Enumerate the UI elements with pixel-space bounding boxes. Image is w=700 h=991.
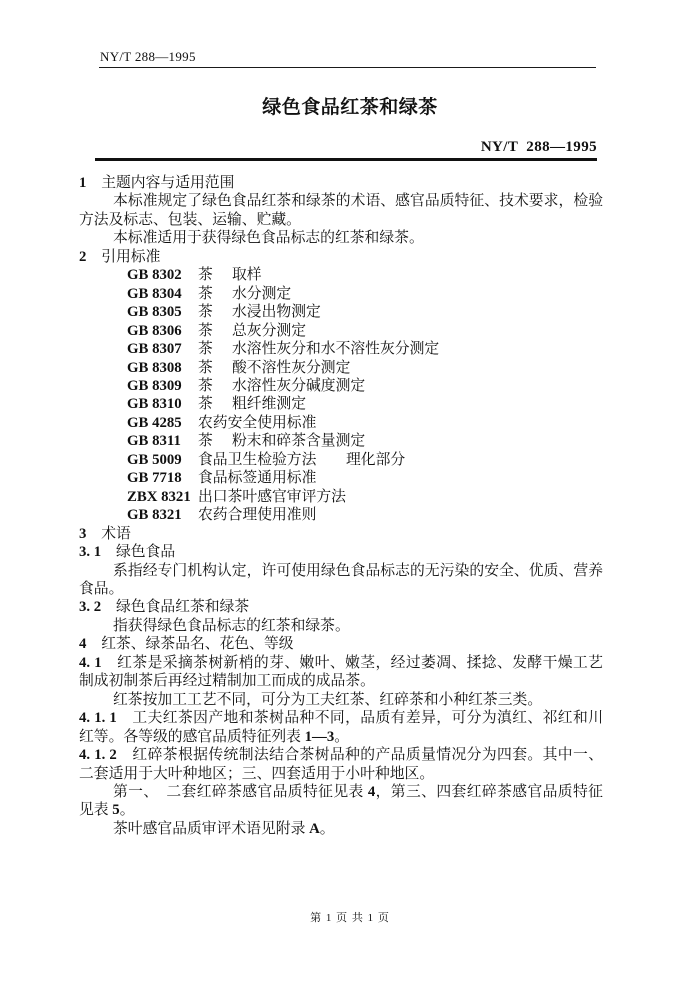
reference-title: 水分测定 bbox=[232, 286, 291, 302]
section-heading-3-1: 3. 1 绿色食品 bbox=[79, 543, 603, 561]
title-rule bbox=[95, 158, 597, 161]
reference-title: 粗纤维测定 bbox=[232, 396, 306, 412]
section-heading-3-2: 3. 2 绿色食品红茶和绿茶 bbox=[79, 598, 603, 616]
reference-row: GB 8321农药合理使用准则 bbox=[127, 506, 603, 524]
reference-subject: 茶 bbox=[198, 395, 232, 413]
paragraph-green-food-def: 系指经专门机构认定，许可使用绿色食品标志的无污染的安全、优质、营养食品。 bbox=[79, 562, 603, 599]
section-heading-2: 2 引用标准 bbox=[79, 248, 603, 266]
reference-subject: 茶 bbox=[198, 303, 232, 321]
reference-title: 水溶性灰分碱度测定 bbox=[232, 378, 365, 394]
standard-number: NY/T 288—1995 bbox=[481, 139, 597, 156]
reference-title: 粉末和碎茶含量测定 bbox=[232, 433, 365, 449]
reference-subject: 茶 bbox=[198, 340, 232, 358]
reference-code: GB 8306 bbox=[127, 322, 198, 340]
header-rule bbox=[99, 67, 596, 68]
reference-row: GB 8307茶水溶性灰分和水不溶性灰分测定 bbox=[127, 340, 603, 358]
reference-subject: 茶 bbox=[198, 377, 232, 395]
running-header: NY/T 288—1995 bbox=[100, 49, 196, 65]
reference-subject: 茶 bbox=[198, 285, 232, 303]
paragraph-4-1: 4. 1 红茶是采摘茶树新梢的芽、嫩叶、嫩茎，经过萎凋、揉捻、发酵干燥工艺制成初… bbox=[79, 654, 603, 691]
reference-title: 农药合理使用准则 bbox=[198, 507, 316, 523]
section-heading-3: 3 术语 bbox=[79, 525, 603, 543]
reference-code: GB 8307 bbox=[127, 340, 198, 358]
reference-title: 水溶性灰分和水不溶性灰分测定 bbox=[232, 341, 439, 357]
reference-row: GB 7718食品标签通用标准 bbox=[127, 469, 603, 487]
paragraph-broken-tea-tables: 第一、 二套红碎茶感官品质特征见表 4，第三、四套红碎茶感官品质特征见表 5。 bbox=[79, 783, 603, 820]
document-page: NY/T 288—1995 绿色食品红茶和绿茶 NY/T 288—1995 1 … bbox=[0, 0, 700, 991]
reference-title: 取样 bbox=[232, 267, 262, 283]
reference-title: 酸不溶性灰分测定 bbox=[232, 360, 350, 376]
document-body: 1 主题内容与适用范围 本标准规定了绿色食品红茶和绿茶的术语、感官品质特征、技术… bbox=[79, 174, 603, 838]
reference-title: 农药安全使用标准 bbox=[198, 415, 316, 431]
reference-code: GB 8302 bbox=[127, 266, 198, 284]
reference-row: GB 8309茶水溶性灰分碱度测定 bbox=[127, 377, 603, 395]
reference-row: ZBX 8321出口茶叶感官审评方法 bbox=[127, 488, 603, 506]
reference-code: GB 8310 bbox=[127, 395, 198, 413]
reference-code: GB 8305 bbox=[127, 303, 198, 321]
reference-row: GB 8305茶水浸出物测定 bbox=[127, 303, 603, 321]
reference-title: 水浸出物测定 bbox=[232, 304, 321, 320]
reference-code: GB 8308 bbox=[127, 359, 198, 377]
reference-row: GB 4285农药安全使用标准 bbox=[127, 414, 603, 432]
document-title: 绿色食品红茶和绿茶 bbox=[0, 92, 700, 119]
paragraph-4-1-1: 4. 1. 1 工夫红茶因产地和茶树品种不同，品质有差异，可分为滇红、祁红和川红… bbox=[79, 709, 603, 746]
reference-title: 出口茶叶感官审评方法 bbox=[198, 489, 346, 505]
page-footer: 第 1 页 共 1 页 bbox=[0, 909, 700, 925]
reference-title: 总灰分测定 bbox=[232, 323, 306, 339]
paragraph-4-1-2: 4. 1. 2 红碎茶根据传统制法结合茶树品种的产品质量情况分为四套。其中一、二… bbox=[79, 746, 603, 783]
reference-row: GB 8306茶总灰分测定 bbox=[127, 322, 603, 340]
reference-title: 食品卫生检验方法 理化部分 bbox=[198, 452, 405, 468]
reference-row: GB 8302茶取样 bbox=[127, 266, 603, 284]
reference-row: GB 8311茶粉末和碎茶含量测定 bbox=[127, 432, 603, 450]
reference-row: GB 8304茶水分测定 bbox=[127, 285, 603, 303]
section-heading-4: 4 红茶、绿茶品名、花色、等级 bbox=[79, 635, 603, 653]
paragraph-scope-1: 本标准规定了绿色食品红茶和绿茶的术语、感官品质特征、技术要求，检验方法及标志、包… bbox=[79, 192, 603, 229]
reference-row: GB 8310茶粗纤维测定 bbox=[127, 395, 603, 413]
reference-code: GB 8309 bbox=[127, 377, 198, 395]
reference-code: GB 7718 bbox=[127, 469, 198, 487]
reference-subject: 茶 bbox=[198, 266, 232, 284]
reference-list: GB 8302茶取样 GB 8304茶水分测定 GB 8305茶水浸出物测定 G… bbox=[79, 266, 603, 524]
paragraph-black-tea-types: 红茶按加工工艺不同，可分为工夫红茶、红碎茶和小种红茶三类。 bbox=[79, 691, 603, 709]
reference-row: GB 5009食品卫生检验方法 理化部分 bbox=[127, 451, 603, 469]
reference-subject: 茶 bbox=[198, 322, 232, 340]
reference-row: GB 8308茶酸不溶性灰分测定 bbox=[127, 359, 603, 377]
section-heading-1: 1 主题内容与适用范围 bbox=[79, 174, 603, 192]
reference-code: GB 8311 bbox=[127, 432, 198, 450]
paragraph-green-tea-def: 指获得绿色食品标志的红茶和绿茶。 bbox=[79, 617, 603, 635]
paragraph-scope-2: 本标准适用于获得绿色食品标志的红茶和绿茶。 bbox=[79, 229, 603, 247]
paragraph-appendix-note: 茶叶感官品质审评术语见附录 A。 bbox=[79, 820, 603, 838]
reference-code: ZBX 8321 bbox=[127, 488, 198, 506]
reference-title: 食品标签通用标准 bbox=[198, 470, 316, 486]
reference-code: GB 4285 bbox=[127, 414, 198, 432]
reference-subject: 茶 bbox=[198, 359, 232, 377]
reference-code: GB 8304 bbox=[127, 285, 198, 303]
reference-code: GB 5009 bbox=[127, 451, 198, 469]
reference-subject: 茶 bbox=[198, 432, 232, 450]
reference-code: GB 8321 bbox=[127, 506, 198, 524]
